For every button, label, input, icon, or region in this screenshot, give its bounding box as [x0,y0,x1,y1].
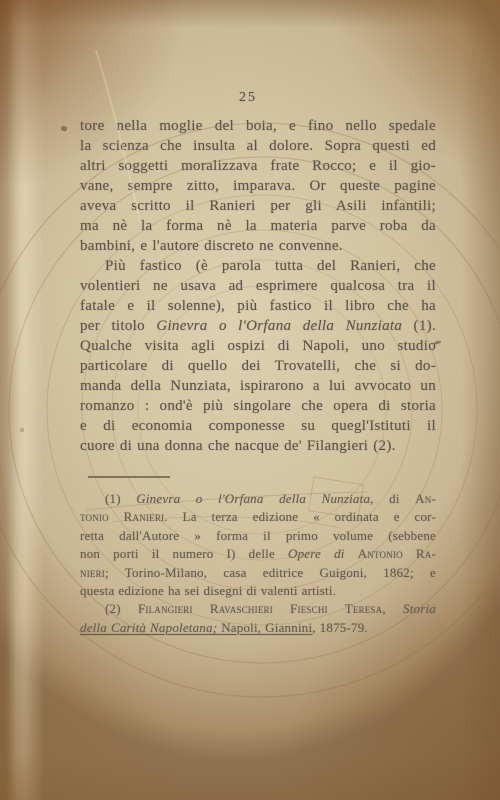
body-text: tore nella moglie del boia, e fino nello… [80,116,436,456]
text-line: particolare di quello dei Trovatelli, ch… [80,356,436,376]
footnotes: (1) Ginevra o l'Orfana della Nunziata, d… [80,490,436,637]
text-segment: An- [415,491,436,506]
text-line: questa edizione ha sei disegni di valent… [80,582,436,600]
text-line: manda della Nunziata, ispirarono a lui a… [80,376,436,396]
text-segment: della Carità Napoletana; [80,620,217,635]
paper-speck [434,340,442,345]
text-segment: Napoli, Giannini [217,620,312,635]
text-segment: . La terza edizione « ordinata e cor- [164,509,436,524]
footnote-separator [88,476,170,478]
text-line: tonio Ranieri. La terza edizione « ordin… [80,508,436,526]
text-segment [345,546,358,561]
text-segment: , di [370,491,415,506]
text-segment: Antonio Ra- [358,546,436,561]
text-segment: nieri [80,565,105,580]
text-line: retta dall'Autore » forma il primo volum… [80,527,436,545]
text-line: della Carità Napoletana; Napoli, Giannin… [80,619,436,637]
text-line: (2) Filangieri Ravaschieri Fieschi Teres… [80,600,436,618]
text-line: cuore di una donna che nacque de' Filang… [80,436,436,456]
text-segment: particolare di quello dei Trovatelli, ch… [80,358,436,374]
text-segment: Qualche visita agli ospizi di Napoli, un… [80,338,436,354]
text-line: Più fastico (è parola tutta del Ranieri,… [80,256,436,276]
text-segment: retta dall'Autore » forma il primo volum… [80,528,436,543]
text-segment: per titolo [80,318,156,334]
text-segment: la scienza che insulta al dolore. Sopra … [80,138,436,154]
text-segment: questa edizione ha sei disegni di valent… [80,583,336,598]
paper-speck [60,125,68,132]
text-line: Qualche visita agli ospizi di Napoli, un… [80,336,436,356]
text-segment: volentieri ne usava ad esprimere qualcos… [80,278,436,294]
text-segment: ma nè la forma nè la materia parve roba … [80,218,436,234]
text-segment: tonio Ranieri [80,509,164,524]
text-segment: romanzo : ond'è più singolare che opera … [80,398,436,414]
text-segment: , 1875-79. [312,620,368,635]
text-segment: Filangieri Ravaschieri Fieschi Teresa [138,601,382,616]
text-line: vane, sempre zitto, imparava. Or queste … [80,176,436,196]
text-segment: vane, sempre zitto, imparava. Or queste … [80,178,436,194]
paper-speck [20,428,24,432]
text-segment: Più fastico (è parola tutta del Ranieri,… [105,258,436,274]
text-segment: Ginevra o l'Orfana della Nunziata [136,491,370,506]
text-line: per titolo Ginevra o l'Orfana della Nunz… [80,316,436,336]
page-number: 25 [70,90,426,106]
text-line: fatale e il solenne), più fastico il lib… [80,296,436,316]
text-segment: Storia [403,601,436,616]
text-segment: (2) [105,601,138,616]
text-line: tore nella moglie del boia, e fino nello… [80,116,436,136]
text-segment: e di economia componesse su quegl'Istitu… [80,418,436,434]
text-line: bambini, e l'autore discreto ne convenne… [80,236,436,256]
text-segment: Ginevra o l'Orfana della Nunziata [156,318,402,334]
text-segment: ; Torino-Milano, casa editrice Guigoni, … [105,565,436,580]
text-line: la scienza che insulta al dolore. Sopra … [80,136,436,156]
text-segment: (1) [105,491,136,506]
text-line: (1) Ginevra o l'Orfana della Nunziata, d… [80,490,436,508]
text-line: volentieri ne usava ad esprimere qualcos… [80,276,436,296]
text-line: ma nè la forma nè la materia parve roba … [80,216,436,236]
book-page-scan: 25 tore nella moglie del boia, e fino ne… [0,0,500,800]
text-segment: aveva scritto il Ranieri per gli Asili i… [80,198,436,214]
text-segment: , [382,601,403,616]
text-segment: non porti il numero I) delle [80,546,288,561]
text-segment: manda della Nunziata, ispirarono a lui a… [80,378,436,394]
text-line: aveva scritto il Ranieri per gli Asili i… [80,196,436,216]
text-line: e di economia componesse su quegl'Istitu… [80,416,436,436]
text-segment: altri soggetti moralizzava frate Rocco; … [80,158,436,174]
text-line: non porti il numero I) delle Opere di An… [80,545,436,563]
text-segment: fatale e il solenne), più fastico il lib… [80,298,436,314]
text-segment: (1). [402,318,436,334]
text-segment: cuore di una donna che nacque de' Filang… [80,438,396,454]
text-segment: bambini, e l'autore discreto ne convenne… [80,238,343,254]
text-line: romanzo : ond'è più singolare che opera … [80,396,436,416]
text-segment: tore nella moglie del boia, e fino nello… [80,118,436,134]
text-line: altri soggetti moralizzava frate Rocco; … [80,156,436,176]
text-line: nieri; Torino-Milano, casa editrice Guig… [80,564,436,582]
text-segment: Opere di [288,546,345,561]
